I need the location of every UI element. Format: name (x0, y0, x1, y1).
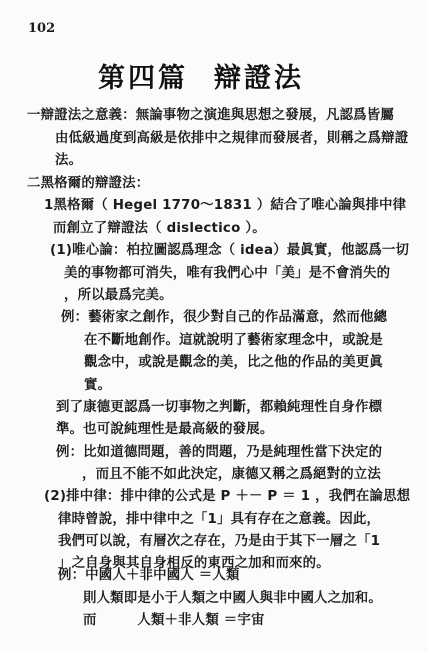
text-line: 美的事物都可消失，唯有我們心中「美」是不會消失的 (64, 265, 390, 283)
text-line: 例：比如道德問題，善的問題，乃是純理性當下決定的 (56, 444, 382, 462)
text-line: 準。也可說純理性是最高級的發展。 (56, 421, 273, 439)
text-line: (2)排中律：排中律的公式是 P ＋－ P ＝ 1 ，我們在論思想 (44, 488, 410, 506)
text-line: 一辯證法之意義：無論事物之演進與思想之發展，凡認爲皆屬 (27, 107, 394, 125)
text-line: 到了康德更認爲一切事物之判斷，都賴純理性自身作標 (56, 399, 382, 417)
text-line: 例：藝術家之創作，很少對自己的作品滿意，然而他總 (61, 309, 387, 327)
text-line: 例：中國人＋非中國人 ＝人類 (58, 567, 240, 585)
page-number: 102 (28, 21, 55, 36)
book-page: 102 第四篇辯證法 一辯證法之意義：無論事物之演進與思想之發展，凡認爲皆屬由低… (0, 0, 428, 652)
text-line: 而創立了辯證法（ dislectico ）。 (53, 220, 266, 238)
text-line: 二黑格爾的辯證法： (27, 175, 149, 193)
text-line: 而 人類＋非人類 ＝宇宙 (83, 612, 265, 630)
chapter-title: 第四篇辯證法 (98, 56, 304, 95)
text-line: 律時曾說，排中律中之「1」具有存在之意義。因此， (58, 511, 380, 529)
text-line: 則人類即是小于人類之中國人與非中國人之加和。 (83, 590, 382, 608)
text-line: 1黑格爾（ Hegel 1770～1831 ）結合了唯心論與排中律 (44, 197, 406, 215)
chapter-part: 第四篇 (98, 63, 188, 94)
text-line: 在不斷地創作。這就說明了藝術家理念中，或說是 (84, 332, 383, 350)
text-line: 由低級過度到高級是依排中之規律而發展者，則稱之爲辯證 (55, 130, 408, 148)
text-line: 實。 (84, 377, 111, 395)
chapter-name: 辯證法 (214, 63, 304, 94)
text-line: 觀念中，或說是觀念的美，比之他的作品的美更眞 (84, 354, 383, 372)
text-line: 我們可以說，有層次之存在，乃是由于其下一層之「1 (58, 533, 380, 551)
text-line: ，所以最爲完美。 (64, 287, 173, 305)
text-line: ，而且不能不如此決定，康德又稱之爲絕對的立法 (82, 466, 381, 484)
text-line: (1)唯心論：柏拉圖認爲理念（ idea）最眞實，他認爲一切 (50, 242, 409, 260)
text-line: 法。 (55, 152, 82, 170)
